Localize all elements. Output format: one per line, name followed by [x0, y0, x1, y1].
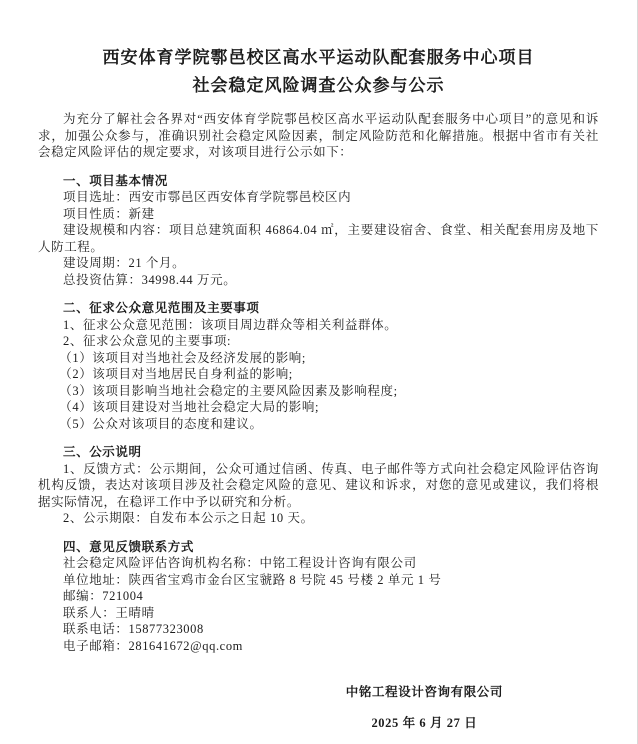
- contact-person: 联系人：王晴晴: [38, 605, 599, 622]
- project-investment: 总投资估算：34998.44 万元。: [38, 272, 599, 289]
- contact-phone: 联系电话：15877323008: [38, 621, 599, 638]
- opinion-scope: 1、征求公众意见范围：该项目周边群众等相关利益群体。: [38, 317, 599, 334]
- signature-date: 2025 年 6 月 27 日: [346, 715, 503, 732]
- agency-name: 社会稳定风险评估咨询机构名称：中铭工程设计咨询有限公司: [38, 555, 599, 572]
- project-scale: 建设规模和内容：项目总建筑面积 46864.04 ㎡，主要建设宿舍、食堂、相关配…: [38, 222, 599, 255]
- opinion-item-2: （2）该项目对当地居民自身利益的影响;: [38, 366, 599, 383]
- project-duration: 建设周期：21 个月。: [38, 255, 599, 272]
- section-contact-info: 四、意见反馈联系方式 社会稳定风险评估咨询机构名称：中铭工程设计咨询有限公司 单…: [38, 539, 599, 655]
- opinion-item-5: （5）公众对该项目的态度和建议。: [38, 416, 599, 433]
- project-nature: 项目性质：新建: [38, 206, 599, 223]
- publicity-period: 2、公示期限：自发布本公示之日起 10 天。: [38, 510, 599, 527]
- doc-title-line1: 西安体育学院鄠邑校区高水平运动队配套服务中心项目: [38, 44, 599, 72]
- postal-code: 邮编：721004: [38, 588, 599, 605]
- signature-org: 中铭工程设计咨询有限公司: [346, 684, 503, 701]
- document-page: { "doc": { "title_line1": "西安体育学院鄠邑校区高水平…: [0, 0, 638, 744]
- section-3-heading: 三、公示说明: [38, 444, 599, 461]
- opinion-item-1: （1）该项目对当地社会及经济发展的影响;: [38, 350, 599, 367]
- section-4-heading: 四、意见反馈联系方式: [38, 539, 599, 556]
- opinion-item-3: （3）该项目影响当地社会稳定的主要风险因素及影响程度;: [38, 383, 599, 400]
- section-publicity-notes: 三、公示说明 1、反馈方式：公示期间，公众可通过信函、传真、电子邮件等方式向社会…: [38, 444, 599, 527]
- opinion-main-items: 2、征求公众意见的主要事项:: [38, 333, 599, 350]
- signature-block: 中铭工程设计咨询有限公司 2025 年 6 月 27 日: [346, 684, 503, 731]
- intro-paragraph: 为充分了解社会各界对“西安体育学院鄠邑校区高水平运动队配套服务中心项目”的意见和…: [38, 111, 599, 161]
- section-project-basic-info: 一、项目基本情况 项目选址：西安市鄠邑区西安体育学院鄠邑校区内 项目性质：新建 …: [38, 173, 599, 289]
- agency-address: 单位地址：陕西省宝鸡市金台区宝虢路 8 号院 45 号楼 2 单元 1 号: [38, 572, 599, 589]
- feedback-method: 1、反馈方式：公示期间，公众可通过信函、传真、电子邮件等方式向社会稳定风险评估咨…: [38, 461, 599, 511]
- opinion-item-4: （4）该项目建设对当地社会稳定大局的影响;: [38, 399, 599, 416]
- section-public-opinion-scope: 二、征求公众意见范围及主要事项 1、征求公众意见范围：该项目周边群众等相关利益群…: [38, 300, 599, 432]
- notice-document: 西安体育学院鄠邑校区高水平运动队配套服务中心项目 社会稳定风险调查公众参与公示 …: [0, 0, 637, 654]
- section-1-heading: 一、项目基本情况: [38, 173, 599, 190]
- doc-title-line2: 社会稳定风险调查公众参与公示: [38, 72, 599, 100]
- project-location: 项目选址：西安市鄠邑区西安体育学院鄠邑校区内: [38, 189, 599, 206]
- contact-email: 电子邮箱：281641672@qq.com: [38, 638, 599, 655]
- doc-title: 西安体育学院鄠邑校区高水平运动队配套服务中心项目 社会稳定风险调查公众参与公示: [38, 44, 599, 100]
- section-2-heading: 二、征求公众意见范围及主要事项: [38, 300, 599, 317]
